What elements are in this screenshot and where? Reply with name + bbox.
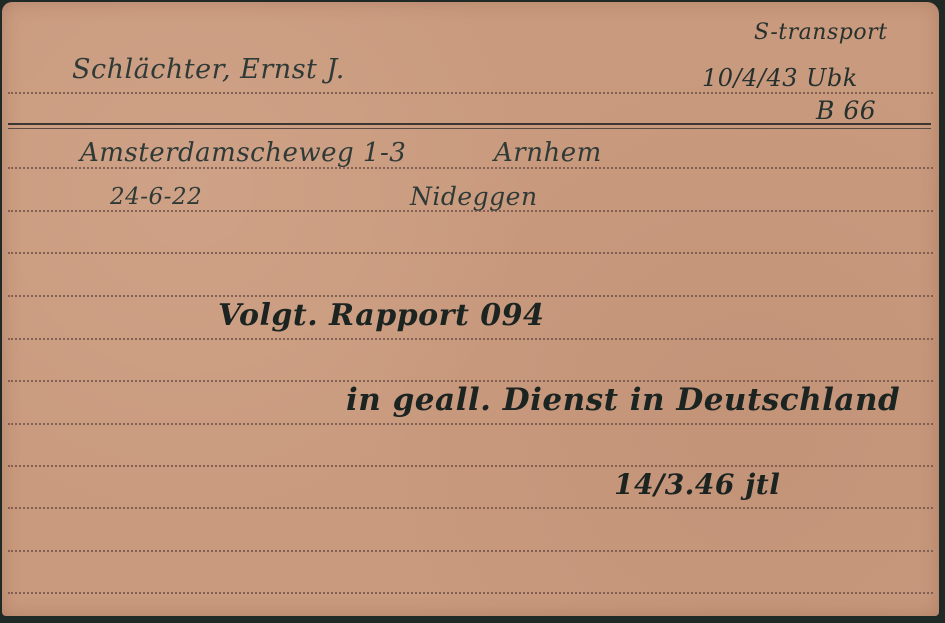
transport-date: 10/4/43 Ubk [702,64,858,92]
dotted-rule [8,465,933,467]
street-address: Amsterdamscheweg 1-3 [80,138,406,168]
dotted-rule [8,507,933,509]
transport-note: S-transport [754,20,887,45]
dotted-rule [8,338,933,340]
dotted-rule [8,592,933,594]
transport-block: B 66 [816,96,876,125]
dotted-rule [8,252,933,254]
remark-line-1: Volgt. Rapport 094 [218,298,544,333]
remark-line-2: in geall. Dienst in Deutschland [346,382,900,418]
index-card: Schlächter, Ernst J. S-transport 10/4/43… [2,2,939,616]
dotted-rule [8,92,933,94]
remark-date-initials: 14/3.46 jtl [614,468,780,501]
birth-date: 24-6-22 [110,184,202,210]
dotted-rule [8,550,933,552]
residence-city: Arnhem [494,138,602,168]
header-double-rule [8,123,931,125]
dotted-rule [8,295,933,297]
person-name: Schlächter, Ernst J. [72,54,345,85]
dotted-rule [8,423,933,425]
birth-place: Nideggen [410,182,538,211]
